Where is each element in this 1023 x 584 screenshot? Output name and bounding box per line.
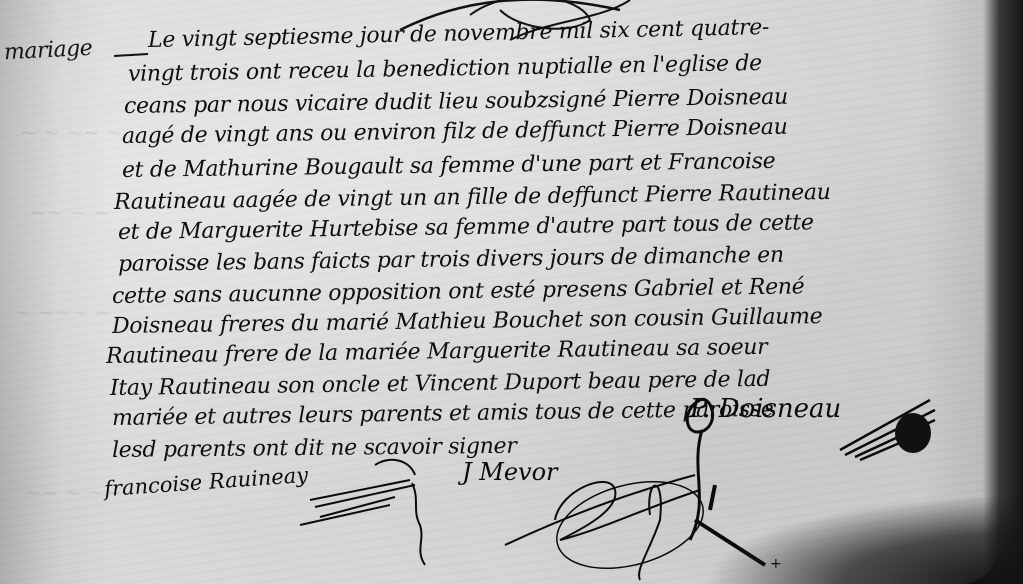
- record-line-3: ceans par nous vicaire dudit lieu soubzs…: [124, 85, 788, 119]
- margin-note: mariage: [3, 36, 92, 66]
- record-line-2: vingt trois ont receu la benediction nup…: [128, 51, 762, 87]
- signature-francoise-flourish: [300, 455, 430, 575]
- record-line-11: Rautineau frere de la mariée Marguerite …: [106, 335, 768, 369]
- record-line-12: Itay Rautineau son oncle et Vincent Dupo…: [110, 367, 771, 401]
- bleed-through-text: ~~ ~ ~: [30, 200, 110, 224]
- record-line-10: Doisneau freres du marié Mathieu Bouchet…: [112, 304, 823, 339]
- page-corner-shadow: [703, 494, 1023, 584]
- signature-francoise: francoise Rauineay: [103, 463, 308, 501]
- record-line-8: paroisse les bans faicts par trois diver…: [118, 243, 784, 277]
- record-line-4: aagé de vingt ans ou environ filz de def…: [122, 115, 788, 149]
- record-line-9: cette sans aucunne opposition ont esté p…: [112, 274, 805, 309]
- record-line-5: et de Mathurine Bougault sa femme d'une …: [122, 149, 776, 183]
- margin-dash: [112, 40, 152, 60]
- signature-doisneau-flourish: [835, 395, 945, 465]
- bleed-through-text: ~ ~ ~~ ~: [20, 120, 123, 144]
- bleed-through-text: ~ ~~~ ~: [15, 300, 112, 324]
- record-line-13: mariée et autres leurs parents et amis t…: [112, 397, 774, 431]
- record-line-7: et de Marguerite Hurtebise sa femme d'au…: [118, 210, 814, 245]
- record-line-6: Rautineau aagée de vingt un an fille de …: [114, 180, 831, 215]
